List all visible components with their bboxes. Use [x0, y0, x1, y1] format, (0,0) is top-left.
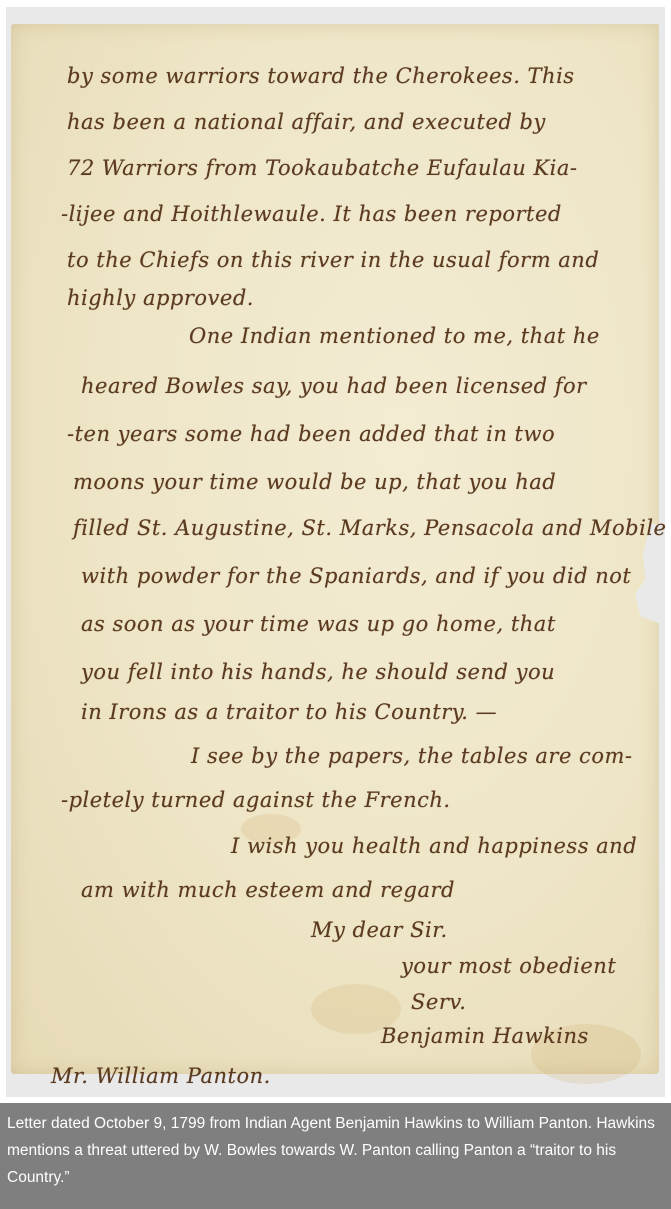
letter-scan: by some warriors toward the Cherokees. T… — [6, 7, 665, 1097]
letter-line: you fell into his hands, he should send … — [81, 660, 659, 684]
letter-line: Serv. — [411, 990, 659, 1014]
letter-line: My dear Sir. — [311, 918, 659, 942]
letter-line: to the Chiefs on this river in the usual… — [67, 248, 659, 272]
letter-line: in Irons as a traitor to his Country. — — [81, 700, 659, 724]
caption-band: Letter dated October 9, 1799 from Indian… — [0, 1103, 671, 1209]
letter-line: am with much esteem and regard — [81, 878, 659, 902]
letter-line: I see by the papers, the tables are com- — [191, 744, 659, 768]
letter-line: by some warriors toward the Cherokees. T… — [67, 64, 659, 88]
letter-line: moons your time would be up, that you ha… — [73, 470, 659, 494]
letter-line: -lijee and Hoithlewaule. It has been rep… — [61, 202, 659, 226]
letter-line: with powder for the Spaniards, and if yo… — [81, 564, 659, 588]
letter-line: heared Bowles say, you had been licensed… — [81, 374, 659, 398]
letter-line: filled St. Augustine, St. Marks, Pensaco… — [73, 516, 659, 540]
letter-line: 72 Warriors from Tookaubatche Eufaulau K… — [67, 156, 659, 180]
caption-text: Letter dated October 9, 1799 from Indian… — [7, 1110, 667, 1191]
letter-line: highly approved. — [67, 286, 659, 310]
addressee: Mr. William Panton. — [51, 1064, 659, 1088]
letter-line: your most obedient — [401, 954, 659, 978]
letter-line: -ten years some had been added that in t… — [67, 422, 659, 446]
signature: Benjamin Hawkins — [381, 1024, 659, 1048]
letter-line: One Indian mentioned to me, that he — [189, 324, 659, 348]
letter-line: I wish you health and happiness and — [231, 834, 659, 858]
letter-paper: by some warriors toward the Cherokees. T… — [11, 24, 659, 1074]
letter-line: -pletely turned against the French. — [61, 788, 659, 812]
letter-line: as soon as your time was up go home, tha… — [81, 612, 659, 636]
letter-line: has been a national affair, and executed… — [67, 110, 659, 134]
